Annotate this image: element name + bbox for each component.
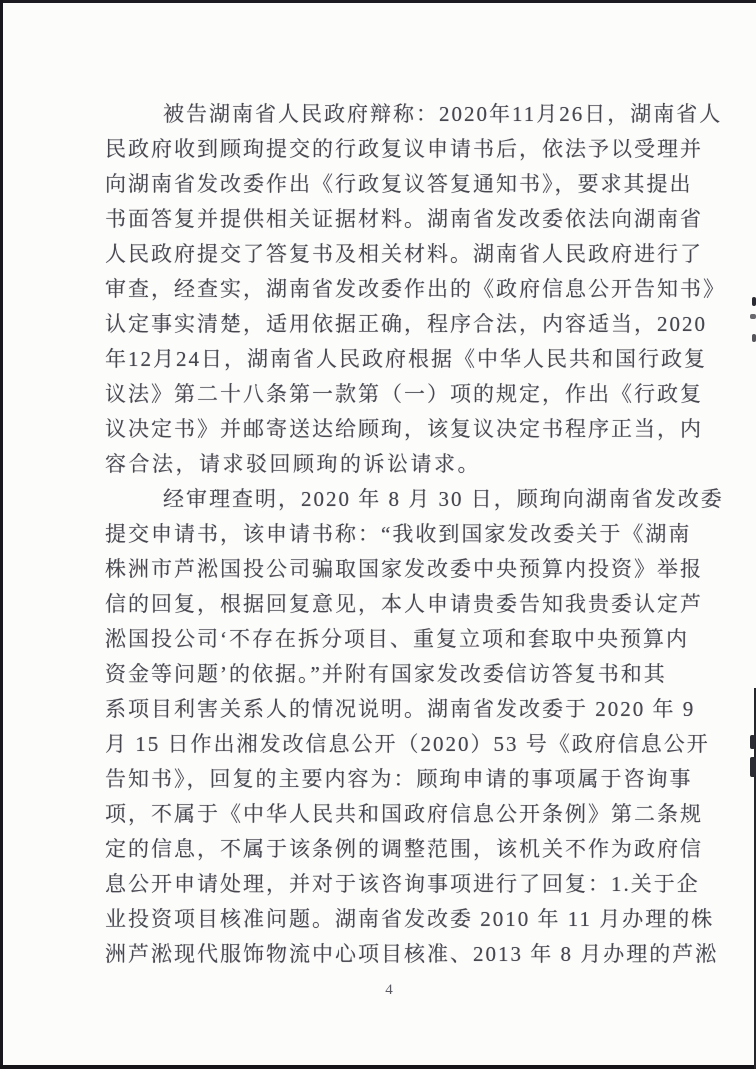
page-number: 4 — [0, 982, 756, 999]
text-line: 人民政府提交了答复书及相关材料。湖南省人民政府进行了 — [105, 237, 660, 272]
text-line: 经审理查明，2020 年 8 月 30 日，顾珣向湖南省发改委 — [105, 482, 660, 517]
text-line: 被告湖南省人民政府辩称：2020年11月26日，湖南省人 — [105, 97, 660, 132]
scan-artifact-mark — [750, 314, 756, 319]
text-line: 提交申请书，该申请书称：“我收到国家发改委关于《湖南 — [105, 517, 660, 552]
text-line: 息公开申请处理，并对于该咨询事项进行了回复：1.关于企 — [105, 867, 660, 902]
scan-edge-top — [0, 0, 756, 3]
text-line: 系项目利害关系人的情况说明。湖南省发改委于 2020 年 9 — [105, 692, 660, 727]
text-line: 告知书》，回复的主要内容为：顾珣申请的事项属于咨询事 — [105, 762, 660, 797]
document-body: 被告湖南省人民政府辩称：2020年11月26日，湖南省人民政府收到顾珣提交的行政… — [105, 97, 660, 972]
scan-artifact-mark — [750, 757, 756, 777]
text-line: 民政府收到顾珣提交的行政复议申请书后，依法予以受理并 — [105, 132, 660, 167]
scan-artifact-mark — [750, 735, 755, 749]
scan-edge-left — [0, 0, 3, 1069]
scanned-document-page: 被告湖南省人民政府辩称：2020年11月26日，湖南省人民政府收到顾珣提交的行政… — [0, 0, 756, 1069]
text-line: 信的回复，根据回复意见，本人申请贵委告知我贵委认定芦 — [105, 587, 660, 622]
text-line: 认定事实清楚，适用依据正确，程序合法，内容适当，2020 — [105, 307, 660, 342]
text-line: 容合法，请求驳回顾珣的诉讼请求。 — [105, 447, 660, 482]
text-line: 业投资项目核准问题。湖南省发改委 2010 年 11 月办理的株 — [105, 902, 660, 937]
text-line: 议决定书》并邮寄送达给顾珣，该复议决定书程序正当，内 — [105, 412, 660, 447]
text-line: 审查，经查实，湖南省发改委作出的《政府信息公开告知书》 — [105, 272, 660, 307]
scan-edge-bottom — [0, 1065, 756, 1069]
text-line: 月 15 日作出湘发改信息公开（2020）53 号《政府信息公开 — [105, 727, 660, 762]
text-line: 向湖南省发改委作出《行政复议答复通知书》，要求其提出 — [105, 167, 660, 202]
scan-artifact-mark — [752, 297, 756, 306]
text-line: 年12月24日，湖南省人民政府根据《中华人民共和国行政复 — [105, 342, 660, 377]
scan-artifact-mark — [752, 334, 756, 342]
text-line: 项，不属于《中华人民共和国政府信息公开条例》第二条规 — [105, 797, 660, 832]
text-line: 议法》第二十八条第一款第（一）项的规定，作出《行政复 — [105, 377, 660, 412]
text-line: 资金等问题’的依据。”并附有国家发改委信访答复书和其 — [105, 657, 660, 692]
text-line: 株洲市芦淞国投公司骗取国家发改委中央预算内投资》举报 — [105, 552, 660, 587]
text-line: 洲芦淞现代服饰物流中心项目核准、2013 年 8 月办理的芦淞 — [105, 937, 660, 972]
text-line: 定的信息，不属于该条例的调整范围，该机关不作为政府信 — [105, 832, 660, 867]
text-line: 书面答复并提供相关证据材料。湖南省发改委依法向湖南省 — [105, 202, 660, 237]
text-line: 淞国投公司‘不存在拆分项目、重复立项和套取中央预算内 — [105, 622, 660, 657]
